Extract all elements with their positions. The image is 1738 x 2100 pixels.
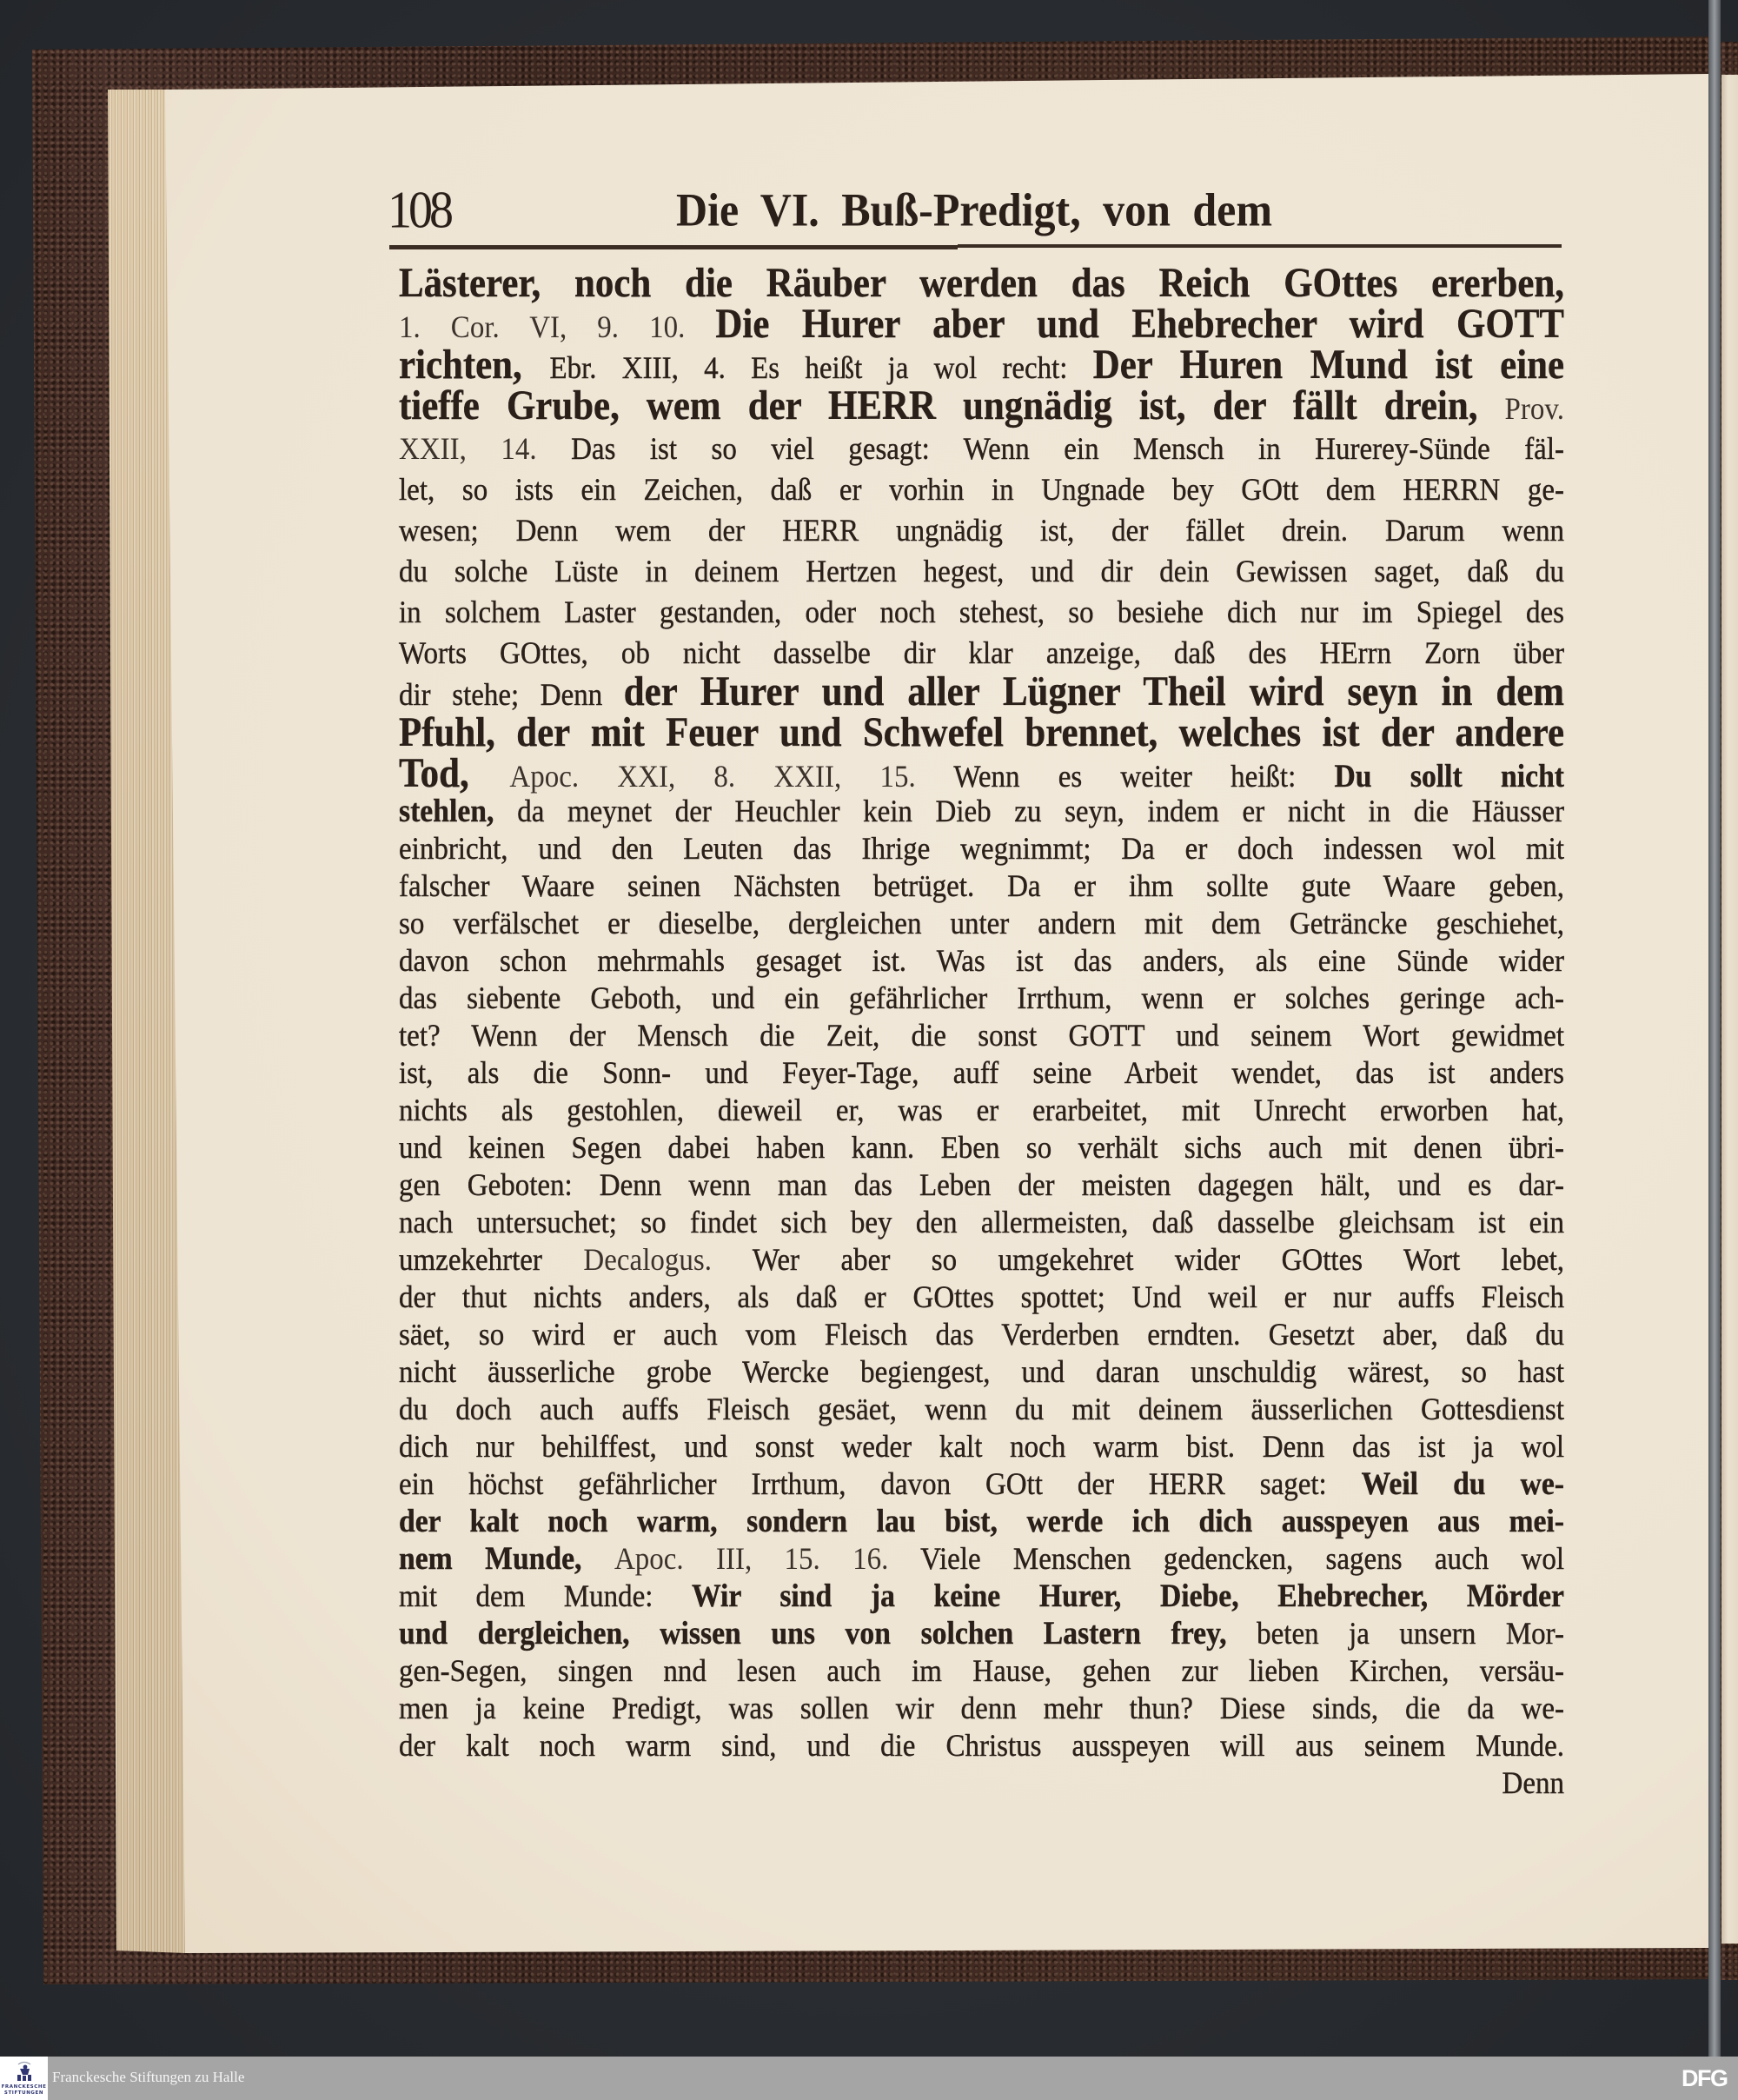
- text-line: und dergleichen, wissen uns von solchen …: [399, 1614, 1564, 1655]
- fraktur-text: nicht äusserliche grobe Wercke begienges…: [399, 1355, 1564, 1390]
- text-line: du doch auch auffs Fleisch gesäet, wenn …: [399, 1390, 1564, 1431]
- fraktur-text: beten ja unsern Mor-: [1257, 1617, 1564, 1651]
- emphasis-text: der Hurer und aller Lügner Theil wird se…: [624, 669, 1564, 714]
- header-rule: [389, 245, 958, 249]
- text-line: let, so ists ein Zeichen, daß er vorhin …: [399, 469, 1564, 514]
- text-line: gen Geboten: Denn wenn man das Leben der…: [399, 1166, 1564, 1206]
- text-line: tet? Wenn der Mensch die Zeit, die sonst…: [399, 1016, 1564, 1057]
- fraktur-text: nichts als gestohlen, dieweil er, was er…: [399, 1093, 1564, 1128]
- fraktur-text: Ebr. XIII, 4. Es heißt ja wol recht:: [549, 351, 1092, 386]
- quotation-text: Weil du we-: [1362, 1466, 1564, 1502]
- fraktur-text: dich nur behilffest, und sonst weder kal…: [399, 1430, 1564, 1465]
- quotation-text: der kalt noch warm, sondern lau bist, we…: [399, 1504, 1564, 1539]
- text-line: säet, so wird er auch vom Fleisch das Ve…: [399, 1315, 1564, 1356]
- text-line: wesen; Denn wem der HERR ungnädig ist, d…: [399, 509, 1564, 555]
- fraktur-text: men ja keine Predigt, was sollen wir den…: [399, 1691, 1564, 1726]
- text-line: der kalt noch warm sind, und die Christu…: [399, 1726, 1564, 1767]
- page-number: 108: [388, 183, 450, 239]
- fraktur-text: einbricht, und den Leuten das Ihrige weg…: [399, 832, 1564, 867]
- facing-page-strip: [1721, 75, 1738, 1944]
- text-line: stehlen, da meynet der Heuchler kein Die…: [399, 792, 1564, 833]
- quotation-text: nem Munde,: [399, 1541, 614, 1577]
- antiqua-reference: Apoc. III, 15. 16.: [614, 1542, 920, 1577]
- fraktur-text: Viele Menschen gedencken, sagens auch wo…: [920, 1542, 1564, 1577]
- fraktur-text: da meynet der Heuchler kein Dieb zu seyn…: [517, 794, 1564, 829]
- fraktur-text: Worts GOttes, ob nicht dasselbe dir klar…: [399, 636, 1564, 671]
- fraktur-text: gen-Segen, singen nnd lesen auch im Haus…: [399, 1654, 1564, 1689]
- emphasis-text: Tod,: [399, 752, 509, 797]
- emphasis-text: richten,: [399, 342, 549, 388]
- running-head: Die VI. Buß-Predigt, von dem: [676, 181, 1272, 239]
- text-line: ein höchst gefährlicher Irrthum, davon G…: [399, 1465, 1564, 1505]
- text-block: Lästerer, noch die Räuber werden das Rei…: [399, 266, 1564, 1803]
- text-line: tieffe Grube, wem der HERR ungnädig ist,…: [399, 387, 1564, 432]
- antiqua-reference: Prov.: [1505, 392, 1564, 427]
- text-line: der thut nichts anders, als daß er GOtte…: [399, 1278, 1564, 1319]
- fraktur-text: der kalt noch warm sind, und die Christu…: [399, 1729, 1564, 1764]
- founder-figure-icon: [15, 2060, 34, 2083]
- quotation-text: stehlen,: [399, 794, 517, 829]
- fraktur-text: gen Geboten: Denn wenn man das Leben der…: [399, 1168, 1564, 1203]
- quotation-text: Wir sind ja keine Hurer, Diebe, Ehebrech…: [692, 1578, 1564, 1614]
- text-line: du solche Lüste in deinem Hertzen hegest…: [399, 550, 1564, 595]
- text-line: und keinen Segen dabei haben kann. Eben …: [399, 1128, 1564, 1169]
- emphasis-text: Die Hurer aber und Ehebrecher wird GOTT: [715, 302, 1564, 347]
- fraktur-text: säet, so wird er auch vom Fleisch das Ve…: [399, 1318, 1564, 1352]
- text-line: in solchem Laster gestanden, oder noch s…: [399, 591, 1564, 636]
- antiqua-reference: 1. Cor. VI, 9. 10.: [399, 310, 715, 345]
- fraktur-text: du solche Lüste in deinem Hertzen hegest…: [399, 555, 1564, 589]
- quotation-text: Du sollt nicht: [1334, 759, 1564, 794]
- antiqua-reference: XXII, 14.: [399, 432, 571, 467]
- emphasis-text: Pfuhl, der mit Feuer und Schwefel brenne…: [399, 710, 1564, 755]
- institution-logo: FRANCKESCHE STIFTUNGEN: [0, 2057, 48, 2100]
- fraktur-text: nach untersuchet; so findet sich bey den…: [399, 1206, 1564, 1240]
- text-line: nem Munde, Apoc. III, 15. 16. Viele Mens…: [399, 1539, 1564, 1580]
- emphasis-text: tieffe Grube, wem der HERR ungnädig ist,…: [399, 383, 1505, 429]
- fraktur-text: du doch auch auffs Fleisch gesäet, wenn …: [399, 1392, 1564, 1427]
- text-line: nach untersuchet; so findet sich bey den…: [399, 1203, 1564, 1244]
- text-line: mit dem Munde: Wir sind ja keine Hurer, …: [399, 1577, 1564, 1618]
- fraktur-text: falscher Waare seinen Nächsten betrüget.…: [399, 869, 1564, 904]
- fraktur-text: ein höchst gefährlicher Irrthum, davon G…: [399, 1467, 1362, 1502]
- text-line: nicht äusserliche grobe Wercke begienges…: [399, 1352, 1564, 1393]
- fraktur-text: so verfälschet er dieselbe, dergleichen …: [399, 907, 1564, 941]
- fraktur-text: let, so ists ein Zeichen, daß er vorhin …: [399, 473, 1564, 508]
- institution-name: Franckesche Stiftungen zu Halle: [52, 2068, 244, 2087]
- fraktur-text: in solchem Laster gestanden, oder noch s…: [399, 595, 1564, 630]
- fraktur-text: umzekehrter: [399, 1243, 583, 1278]
- text-line: XXII, 14. Das ist so viel gesagt: Wenn e…: [399, 428, 1564, 473]
- text-line: ist, als die Sonn- und Feyer-Tage, auff …: [399, 1053, 1564, 1094]
- text-line: einbricht, und den Leuten das Ihrige weg…: [399, 829, 1564, 870]
- quotation-text: und dergleichen, wissen uns von solchen …: [399, 1616, 1257, 1651]
- fraktur-text: ist, als die Sonn- und Feyer-Tage, auff …: [399, 1056, 1564, 1091]
- fraktur-text: Wenn es weiter heißt:: [953, 760, 1334, 794]
- emphasis-text: Lästerer, noch die Räuber werden das Rei…: [399, 261, 1564, 306]
- emphasis-text: Der Huren Mund ist eine: [1093, 342, 1564, 388]
- text-line: davon schon mehrmahls gesaget ist. Was i…: [399, 941, 1564, 982]
- fraktur-text: dir stehe; Denn: [399, 678, 624, 713]
- fraktur-text: der thut nichts anders, als daß er GOtte…: [399, 1280, 1564, 1315]
- catchword: Denn: [399, 1764, 1564, 1804]
- text-line: Tod, Apoc. XXI, 8. XXII, 15. Wenn es wei…: [399, 754, 1564, 795]
- fraktur-text: Das ist so viel gesagt: Wenn ein Mensch …: [571, 432, 1564, 467]
- text-line: dich nur behilffest, und sonst weder kal…: [399, 1427, 1564, 1468]
- text-line: gen-Segen, singen nnd lesen auch im Haus…: [399, 1651, 1564, 1692]
- text-line: falscher Waare seinen Nächsten betrüget.…: [399, 867, 1564, 907]
- dfg-logo: DFG: [1682, 2065, 1728, 2091]
- logo-wordmark-line-1: FRANCKESCHE: [0, 2084, 48, 2090]
- text-line: der kalt noch warm, sondern lau bist, we…: [399, 1502, 1564, 1543]
- text-line: so verfälschet er dieselbe, dergleichen …: [399, 904, 1564, 945]
- header-rule: [958, 244, 1562, 248]
- fraktur-text: tet? Wenn der Mensch die Zeit, die sonst…: [399, 1019, 1564, 1053]
- logo-wordmark-line-2: STIFTUNGEN: [0, 2090, 48, 2096]
- text-line: nichts als gestohlen, dieweil er, was er…: [399, 1091, 1564, 1132]
- fraktur-text: und keinen Segen dabei haben kann. Eben …: [399, 1131, 1564, 1166]
- fraktur-text: mit dem Munde:: [399, 1579, 692, 1614]
- text-line: Pfuhl, der mit Feuer und Schwefel brenne…: [399, 714, 1564, 759]
- antiqua-reference: Decalogus.: [583, 1243, 752, 1278]
- fraktur-text: davon schon mehrmahls gesaget ist. Was i…: [399, 944, 1564, 979]
- fraktur-text: das siebente Geboth, und ein gefährliche…: [399, 981, 1564, 1016]
- text-line: das siebente Geboth, und ein gefährliche…: [399, 979, 1564, 1020]
- text-line: umzekehrter Decalogus. Wer aber so umgek…: [399, 1240, 1564, 1281]
- antiqua-reference: Apoc. XXI, 8. XXII, 15.: [509, 760, 953, 794]
- glass-clamp-edge: [1708, 0, 1721, 2057]
- text-line: men ja keine Predigt, was sollen wir den…: [399, 1689, 1564, 1730]
- fraktur-text: wesen; Denn wem der HERR ungnädig ist, d…: [399, 514, 1564, 548]
- footer-bar: FRANCKESCHE STIFTUNGEN Franckesche Stift…: [0, 2057, 1738, 2100]
- fraktur-text: Wer aber so umgekehret wider GOttes Wort…: [753, 1243, 1564, 1278]
